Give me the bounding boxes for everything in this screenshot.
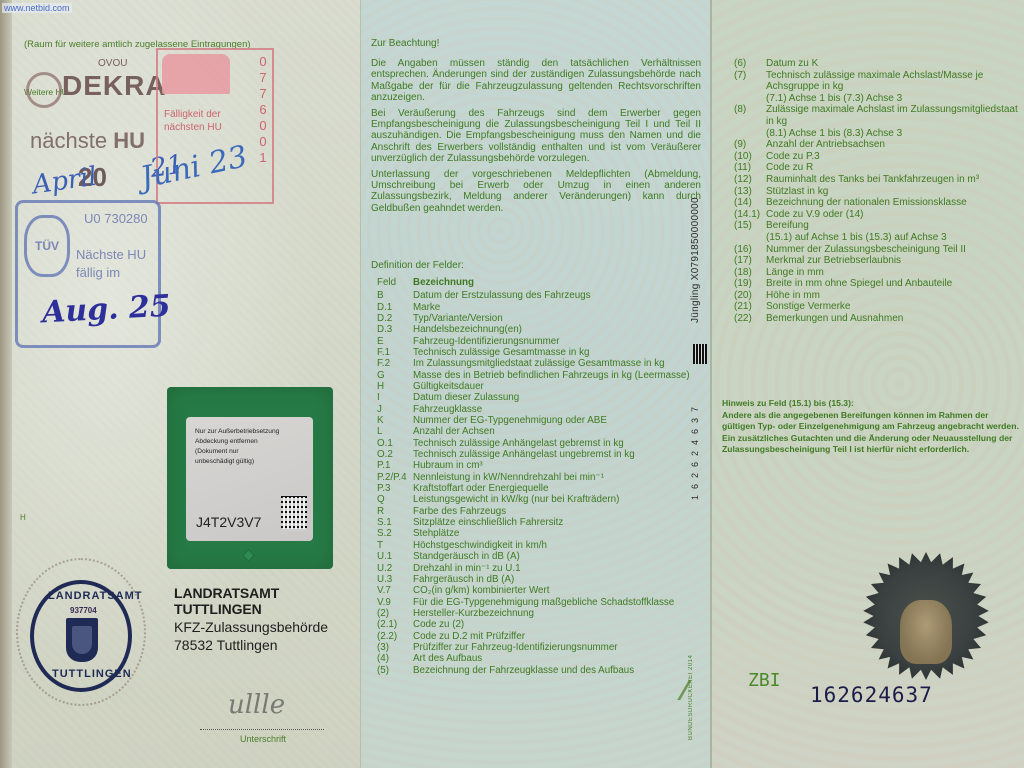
definition-row: D.3Handelsbezeichnung(en) — [377, 324, 690, 335]
definition-label: Datum dieser Zulassung — [413, 392, 690, 403]
definition-row: F.2Im Zulassungsmitgliedstaat zulässige … — [377, 358, 690, 369]
definition-code: E — [377, 336, 413, 347]
definition-label: Masse des in Betrieb befindlichen Fahrze… — [413, 370, 690, 381]
authority-address: 78532 Tuttlingen — [174, 637, 360, 653]
field-description: Code zu P.3 — [766, 151, 1024, 163]
field-row: (8)Zulässige maximale Achslast im Zulass… — [734, 104, 1024, 116]
field-number: (21) — [734, 301, 766, 313]
definition-label: Kraftstoffart oder Energiequelle — [413, 483, 690, 494]
definition-label: Fahrzeug-Identifizierungsnummer — [413, 336, 690, 347]
field-number — [734, 116, 766, 128]
definition-row: QLeistungsgewicht in kW/kg (nur bei Kraf… — [377, 494, 690, 505]
seal-number: 937704 — [70, 606, 97, 615]
definition-label: Sitzplätze einschließlich Fahrersitz — [413, 517, 690, 528]
field-description: Technisch zulässige maximale Achslast/Ma… — [766, 70, 1024, 82]
field-h-label: H — [20, 513, 26, 522]
field-number: (19) — [734, 278, 766, 290]
tuev-code: U0 730280 — [84, 211, 148, 226]
field-description: Code zu R — [766, 162, 1024, 174]
definition-row: P.1Hubraum in cm³ — [377, 460, 690, 471]
definition-code: L — [377, 426, 413, 437]
dekra-logo-icon — [26, 72, 62, 108]
red-stamp-line-2: nächsten HU — [164, 121, 222, 134]
definition-row: F.1Technisch zulässige Gesamtmasse in kg — [377, 347, 690, 358]
field-number — [734, 93, 766, 105]
definition-code: O.1 — [377, 438, 413, 449]
hint-body: Andere als die angegebenen Bereifungen k… — [722, 410, 1022, 456]
definition-code: H — [377, 381, 413, 392]
definitions-body: BDatum der Erstzulassung des FahrzeugsD.… — [377, 290, 690, 676]
definition-label: Drehzahl in min⁻¹ zu U.1 — [413, 563, 690, 574]
definition-code: G — [377, 370, 413, 381]
field-row: (14.1)Code zu V.9 oder (14) — [734, 209, 1024, 221]
field-number: (17) — [734, 255, 766, 267]
definition-code: V.7 — [377, 585, 413, 596]
dekra-next-inspection: nächste HU — [30, 128, 145, 154]
definition-label: Prüfziffer zur Fahrzeug-Identifizierungs… — [413, 642, 690, 653]
definition-label: Höchstgeschwindigkeit in km/h — [413, 540, 690, 551]
definition-row: HGültigkeitsdauer — [377, 381, 690, 392]
definition-label: Nennleistung in kW/Nenndrehzahl bei min⁻… — [413, 472, 690, 483]
field-description: Länge in mm — [766, 267, 1024, 279]
field-row: (7.1) Achse 1 bis (7.3) Achse 3 — [734, 93, 1024, 105]
definition-row: (2.1)Code zu (2) — [377, 619, 690, 630]
definition-row: S.2Stehplätze — [377, 528, 690, 539]
definition-label: Handelsbezeichnung(en) — [413, 324, 690, 335]
definition-row: D.2Typ/Variante/Version — [377, 313, 690, 324]
definition-code: D.1 — [377, 302, 413, 313]
definition-row: (2)Hersteller-Kurzbezeichnung — [377, 608, 690, 619]
field-description: Rauminhalt des Tanks bei Tankfahrzeugen … — [766, 174, 1024, 186]
signature-line — [200, 729, 324, 730]
definition-code: F.1 — [377, 347, 413, 358]
sticker-cover: Nur zur Außerbetriebsetzung Abdeckung en… — [186, 417, 313, 541]
vertical-serial-code: Jüngling X0791850000000 — [690, 190, 710, 330]
notice-paragraph: Bei Veräußerung des Fahrzeugs sind dem E… — [371, 108, 701, 164]
registration-sticker: Nur zur Außerbetriebsetzung Abdeckung en… — [167, 387, 333, 569]
field-row: (13)Stützlast in kg — [734, 186, 1024, 198]
field-number — [734, 81, 766, 93]
field-row: (20)Höhe in mm — [734, 290, 1024, 302]
field-description: (7.1) Achse 1 bis (7.3) Achse 3 — [766, 93, 1024, 105]
definition-code: U.3 — [377, 574, 413, 585]
field-number: (20) — [734, 290, 766, 302]
field-number: (18) — [734, 267, 766, 279]
binding-strip: Jüngling X0791850000000 162624637 — [690, 190, 710, 520]
definition-row: (4)Art des Aufbaus — [377, 653, 690, 664]
definition-label: Gültigkeitsdauer — [413, 381, 690, 392]
definition-row: GMasse des in Betrieb befindlichen Fahrz… — [377, 370, 690, 381]
definition-row: S.1Sitzplätze einschließlich Fahrersitz — [377, 517, 690, 528]
definition-code: (2.1) — [377, 619, 413, 630]
field-description: Zulässige maximale Achslast im Zulassung… — [766, 104, 1024, 116]
definition-label: Typ/Variante/Version — [413, 313, 690, 324]
definition-label: Stehplätze — [413, 528, 690, 539]
definition-row: (2.2)Code zu D.2 mit Prüfziffer — [377, 631, 690, 642]
field-row: (17)Merkmal zur Betriebserlaubnis — [734, 255, 1024, 267]
field-description: Höhe in mm — [766, 290, 1024, 302]
definition-row: BDatum der Erstzulassung des Fahrzeugs — [377, 290, 690, 301]
definition-label: Art des Aufbaus — [413, 653, 690, 664]
field-row: (8.1) Achse 1 bis (8.3) Achse 3 — [734, 128, 1024, 140]
field-row: (10)Code zu P.3 — [734, 151, 1024, 163]
tuev-line-1: Nächste HU — [76, 247, 146, 262]
definition-code: D.3 — [377, 324, 413, 335]
definition-label: Bezeichnung der Fahrzeugklasse und des A… — [413, 665, 690, 676]
sticker-security-code: J4T2V3V7 — [196, 514, 261, 530]
definition-code: P.3 — [377, 483, 413, 494]
field-row: (22)Bemerkungen und Ausnahmen — [734, 313, 1024, 325]
definition-row: U.2Drehzahl in min⁻¹ zu U.1 — [377, 563, 690, 574]
field-description: Bezeichnung der nationalen Emissionsklas… — [766, 197, 1024, 209]
field-row: (12)Rauminhalt des Tanks bei Tankfahrzeu… — [734, 174, 1024, 186]
definition-label: Hersteller-Kurzbezeichnung — [413, 608, 690, 619]
field-row: (6)Datum zu K — [734, 58, 1024, 70]
definition-label: Technisch zulässige Anhängelast gebremst… — [413, 438, 690, 449]
definition-code: P.1 — [377, 460, 413, 471]
definition-row: (3)Prüfziffer zur Fahrzeug-Identifizieru… — [377, 642, 690, 653]
field-number: (14) — [734, 197, 766, 209]
red-stamp-number: 0776001 — [256, 54, 270, 166]
field-description: Bereifung — [766, 220, 1024, 232]
definition-label: Farbe des Fahrzeugs — [413, 506, 690, 517]
field-number: (8) — [734, 104, 766, 116]
definition-code: K — [377, 415, 413, 426]
red-stamp-text: Fälligkeit der nächsten HU — [164, 108, 222, 134]
sticker-note-line: unbeschädigt gültig) — [195, 457, 279, 467]
definition-label: Marke — [413, 302, 690, 313]
field-description: Bemerkungen und Ausnahmen — [766, 313, 1024, 325]
definition-label: Nummer der EG-Typgenehmigung oder ABE — [413, 415, 690, 426]
definition-label: Technisch zulässige Gesamtmasse in kg — [413, 347, 690, 358]
field-number: (13) — [734, 186, 766, 198]
field-number: (10) — [734, 151, 766, 163]
field-description: Sonstige Vermerke — [766, 301, 1024, 313]
field-number: (12) — [734, 174, 766, 186]
tuev-line-2: fällig im — [76, 265, 120, 280]
tuev-logo-icon: TÜV — [24, 215, 70, 277]
definition-label: Hubraum in cm³ — [413, 460, 690, 471]
official-seal: LANDRATSAMT 937704 TUTTLINGEN — [30, 580, 132, 692]
definition-row: (5)Bezeichnung der Fahrzeugklasse und de… — [377, 665, 690, 676]
field-number: (15) — [734, 220, 766, 232]
definition-label: Im Zulassungsmitgliedstaat zulässige Ges… — [413, 358, 690, 369]
document-number: 162624637 — [810, 683, 933, 707]
definition-label: Fahrgeräusch in dB (A) — [413, 574, 690, 585]
issuing-authority: LANDRATSAMT TUTTLINGEN KFZ-Zulassungsbeh… — [174, 585, 360, 653]
definition-row: P.2/P.4Nennleistung in kW/Nenndrehzahl b… — [377, 472, 690, 483]
definition-code: (4) — [377, 653, 413, 664]
definition-row: O.2Technisch zulässige Anhängelast ungeb… — [377, 449, 690, 460]
small-datamatrix-icon — [693, 344, 707, 364]
definition-label: Code zu D.2 mit Prüfziffer — [413, 631, 690, 642]
field-number: (7) — [734, 70, 766, 82]
right-page: (6)Datum zu K(7)Technisch zulässige maxi… — [710, 0, 1024, 768]
definitions-header-row: Feld Bezeichnung — [377, 277, 690, 290]
tire-hint-note: Hinweis zu Feld (15.1) bis (15.3):Andere… — [722, 398, 1022, 456]
authority-name: LANDRATSAMT TUTTLINGEN — [174, 585, 360, 617]
sticker-note: Nur zur Außerbetriebsetzung Abdeckung en… — [195, 427, 279, 467]
printer-imprint: BUNDESDRUCKEREI 2014 — [688, 620, 704, 740]
definition-code: F.2 — [377, 358, 413, 369]
red-stamp-logo-icon — [162, 54, 230, 94]
dekra-top-text: OVOU — [98, 58, 127, 69]
field-row: (9)Anzahl der Antriebsachsen — [734, 139, 1024, 151]
field-row: in kg — [734, 116, 1024, 128]
definition-row: IDatum dieser Zulassung — [377, 392, 690, 403]
federal-eagle-icon — [900, 600, 952, 664]
field-number: (6) — [734, 58, 766, 70]
definition-code: V.9 — [377, 597, 413, 608]
field-number: (14.1) — [734, 209, 766, 221]
header-feld: Feld — [377, 277, 413, 290]
definition-row: D.1Marke — [377, 302, 690, 313]
field-number: (16) — [734, 244, 766, 256]
field-number: (11) — [734, 162, 766, 174]
definition-label: Fahrzeugklasse — [413, 404, 690, 415]
definition-row: JFahrzeugklasse — [377, 404, 690, 415]
field-row: (15.1) auf Achse 1 bis (15.3) auf Achse … — [734, 232, 1024, 244]
hint-title: Hinweis zu Feld (15.1) bis (15.3): — [722, 398, 1022, 410]
definition-code: D.2 — [377, 313, 413, 324]
seal-top-text: LANDRATSAMT — [48, 590, 143, 602]
definition-row: V.7CO₂(in g/km) kombinierter Wert — [377, 585, 690, 596]
dekra-next-label: nächste — [30, 128, 107, 153]
sticker-diamond-icon — [242, 549, 255, 562]
definition-label: Datum der Erstzulassung des Fahrzeugs — [413, 290, 690, 301]
definition-code: (3) — [377, 642, 413, 653]
notice-paragraph: Die Angaben müssen ständig den tatsächli… — [371, 58, 701, 103]
definition-code: J — [377, 404, 413, 415]
field-row: (7)Technisch zulässige maximale Achslast… — [734, 70, 1024, 82]
field-description: (15.1) auf Achse 1 bis (15.3) auf Achse … — [766, 232, 1024, 244]
definition-label: Anzahl der Achsen — [413, 426, 690, 437]
field-row: Achsgruppe in kg — [734, 81, 1024, 93]
definition-code: R — [377, 506, 413, 517]
definition-code: O.2 — [377, 449, 413, 460]
definition-row: V.9Für die EG-Typgenehmigung maßgebliche… — [377, 597, 690, 608]
definition-code: U.2 — [377, 563, 413, 574]
left-page: (Raum für weitere amtlich zugelassene Ei… — [0, 0, 360, 768]
field-description: (8.1) Achse 1 bis (8.3) Achse 3 — [766, 128, 1024, 140]
definition-code: S.2 — [377, 528, 413, 539]
definition-row: O.1Technisch zulässige Anhängelast gebre… — [377, 438, 690, 449]
middle-page: Zur Beachtung! Die Angaben müssen ständi… — [360, 0, 710, 768]
field-row: (16)Nummer der Zulassungsbescheinigung T… — [734, 244, 1024, 256]
definition-code: B — [377, 290, 413, 301]
definition-row: KNummer der EG-Typgenehmigung oder ABE — [377, 415, 690, 426]
field-description: Breite in mm ohne Spiegel und Anbauteile — [766, 278, 1024, 290]
definition-code: (2.2) — [377, 631, 413, 642]
field-description: in kg — [766, 116, 1024, 128]
seal-bottom-text: TUTTLINGEN — [52, 668, 132, 680]
field-row: (19)Breite in mm ohne Spiegel und Anbaut… — [734, 278, 1024, 290]
definition-code: U.1 — [377, 551, 413, 562]
sticker-note-line: Abdeckung entfernen — [195, 437, 279, 447]
signature-label: Unterschrift — [240, 734, 286, 744]
field-description: Achsgruppe in kg — [766, 81, 1024, 93]
authority-department: KFZ-Zulassungsbehörde — [174, 619, 360, 635]
definition-row: U.3Fahrgeräusch in dB (A) — [377, 574, 690, 585]
field-description: Anzahl der Antriebsachsen — [766, 139, 1024, 151]
field-row: (14)Bezeichnung der nationalen Emissions… — [734, 197, 1024, 209]
definition-row: RFarbe des Fahrzeugs — [377, 506, 690, 517]
field-description: Stützlast in kg — [766, 186, 1024, 198]
definition-code: I — [377, 392, 413, 403]
field-definitions-list: (6)Datum zu K(7)Technisch zulässige maxi… — [734, 58, 1024, 325]
sticker-note-line: Nur zur Außerbetriebsetzung — [195, 427, 279, 437]
dekra-hu-label: HU — [113, 128, 145, 153]
definition-code: Q — [377, 494, 413, 505]
header-bezeichnung: Bezeichnung — [413, 277, 690, 290]
notice-paragraph: Unterlassung der vorgeschriebenen Meldep… — [371, 169, 701, 214]
field-number: (9) — [734, 139, 766, 151]
field-description: Code zu V.9 oder (14) — [766, 209, 1024, 221]
definition-row: P.3Kraftstoffart oder Energiequelle — [377, 483, 690, 494]
notice-title: Zur Beachtung! — [371, 38, 701, 49]
field-number — [734, 128, 766, 140]
vertical-document-number: 162624637 — [690, 380, 710, 520]
definition-row: LAnzahl der Achsen — [377, 426, 690, 437]
field-number — [734, 232, 766, 244]
notice-section: Zur Beachtung! Die Angaben müssen ständi… — [371, 38, 701, 676]
definition-row: THöchstgeschwindigkeit in km/h — [377, 540, 690, 551]
dekra-name: DEKRA — [62, 70, 167, 102]
definition-label: Für die EG-Typgenehmigung maßgebliche Sc… — [413, 597, 690, 608]
field-description: Nummer der Zulassungsbescheinigung Teil … — [766, 244, 1024, 256]
field-row: (18)Länge in mm — [734, 267, 1024, 279]
sticker-note-line: (Dokument nur — [195, 447, 279, 457]
datamatrix-code-icon — [281, 495, 307, 531]
definition-row: U.1Standgeräusch in dB (A) — [377, 551, 690, 562]
handwritten-aug-25: Aug. 25 — [41, 289, 171, 331]
red-stamp-line-1: Fälligkeit der — [164, 108, 222, 121]
field-description: Merkmal zur Betriebserlaubnis — [766, 255, 1024, 267]
definitions-title: Definition der Felder: — [371, 260, 701, 271]
coat-of-arms-icon — [66, 618, 98, 662]
definition-label: Technisch zulässige Anhängelast ungebrem… — [413, 449, 690, 460]
field-description: Datum zu K — [766, 58, 1024, 70]
definition-code: (2) — [377, 608, 413, 619]
signature-scribble: ullle — [228, 690, 285, 720]
field-row: (15)Bereifung — [734, 220, 1024, 232]
definition-label: Code zu (2) — [413, 619, 690, 630]
field-row: (21)Sonstige Vermerke — [734, 301, 1024, 313]
definition-label: CO₂(in g/km) kombinierter Wert — [413, 585, 690, 596]
definition-code: (5) — [377, 665, 413, 676]
document-type: ZBI — [748, 670, 781, 691]
definition-label: Leistungsgewicht in kW/kg (nur bei Kraft… — [413, 494, 690, 505]
watermark: www.netbid.com — [2, 3, 72, 13]
definition-code: P.2/P.4 — [377, 472, 413, 483]
definition-code: S.1 — [377, 517, 413, 528]
field-number: (22) — [734, 313, 766, 325]
definition-code: T — [377, 540, 413, 551]
definitions-table: Feld Bezeichnung BDatum der Erstzulassun… — [377, 277, 690, 676]
field-row: (11)Code zu R — [734, 162, 1024, 174]
definition-row: EFahrzeug-Identifizierungsnummer — [377, 336, 690, 347]
definition-label: Standgeräusch in dB (A) — [413, 551, 690, 562]
